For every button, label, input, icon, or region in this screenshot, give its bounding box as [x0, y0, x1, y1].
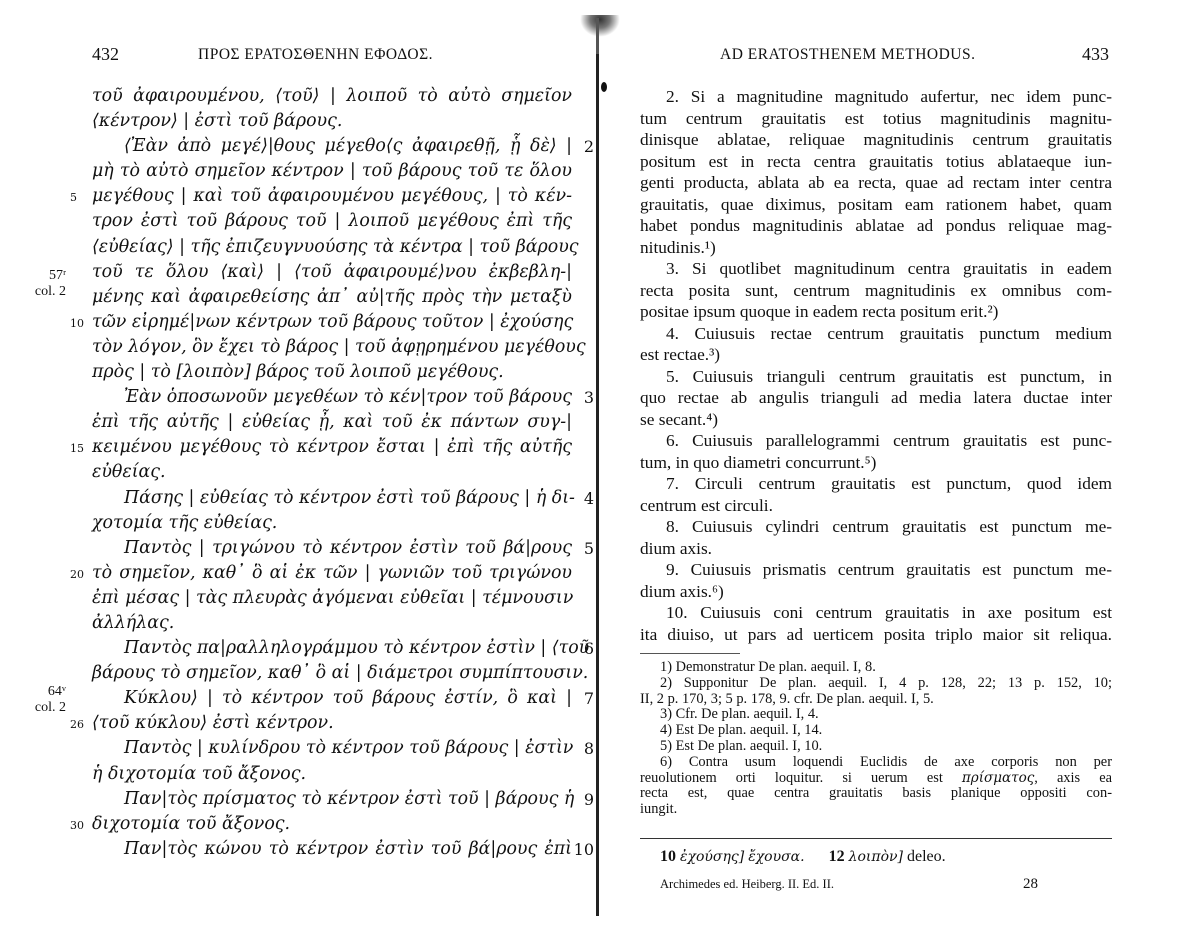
text-line: 9. Cuiusuis prismatis centrum grauitatis… — [640, 559, 1112, 581]
text-line: 7. Circuli centrum grauitatis est punctu… — [640, 473, 1112, 495]
text-line: est rectae.³) — [640, 344, 1112, 366]
text-line: Παντὸς | κυλίνδρου τὸ κέντρον τοῦ βάρους… — [92, 736, 572, 761]
text-line: 10τῶν εἰρημέ|νων κέντρων τοῦ βάρους τοῦτ… — [92, 310, 572, 335]
text-line: 6. Cuiusuis parallelogrammi centrum grau… — [640, 430, 1112, 452]
proposition-number: 10 — [574, 837, 594, 862]
proposition-number: 5 — [584, 536, 594, 561]
running-head-right: AD ERATOSTHENEM METHODUS. — [720, 46, 975, 64]
footnote: 5) Est De plan. aequil. I, 10. — [640, 739, 1112, 755]
left-page: 432 ΠΡΟΣ ΕΡΑΤΟΣΘΕΝΗΝ ΕΦΟΔΟΣ. 57ʳ col. 2 … — [0, 0, 598, 928]
text-line: 30διχοτομία τοῦ ἄξονος. — [92, 812, 572, 837]
latin-text-body: 2. Si a magnitudine magnitudo aufertur, … — [640, 86, 1112, 645]
text-line: 20τὸ σημεῖον, καθ᾽ ὃ αἱ ἐκ τῶν | γωνιῶν … — [92, 561, 572, 586]
text-line: 26⟨τοῦ κύκλου⟩ ἐστὶ κέντρον. — [92, 711, 572, 736]
text-line: 2. Si a magnitudine magnitudo aufertur, … — [640, 86, 1112, 108]
text-line: ἀλλήλας. — [92, 611, 572, 636]
apparatus-lemma: ἐχούσης] — [680, 849, 744, 865]
line-number: 5 — [70, 185, 77, 210]
apparatus-reading: deleo. — [907, 848, 946, 865]
apparatus-line-number: 10 — [660, 848, 676, 865]
footnote-continuation: II, 2 p. 170, 3; 5 p. 178, 9. cfr. De pl… — [640, 692, 1112, 708]
text-line: τρον ἐστὶ τοῦ βάρους τοῦ | λοιποῦ μεγέθο… — [92, 209, 572, 234]
text-line: τὸν λόγον, ὃν ἔχει τὸ βάρος | τοῦ ἀφῃρημ… — [92, 335, 572, 360]
text-line: Ἐὰν ὁποσωνοῦν μεγεθέων τὸ κέν|τρον τοῦ β… — [92, 385, 572, 410]
text-line: dium axis.⁶) — [640, 581, 1112, 603]
greek-word: πρίσματος — [962, 770, 1034, 786]
text-line: 10. Cuiusuis coni centrum grauitatis in … — [640, 602, 1112, 624]
text-line: ἐπὶ μέσας | τὰς πλευρὰς ἀγόμεναι εὐθεῖαι… — [92, 586, 572, 611]
margin-note-folio-57r: 57ʳ — [40, 268, 66, 284]
proposition-number: 8 — [584, 736, 594, 761]
line-number: 20 — [70, 562, 84, 587]
apparatus-lemma: λοιπὸν] — [849, 849, 903, 865]
proposition-number: 4 — [584, 486, 594, 511]
footnote: 3) Cfr. De plan. aequil. I, 4. — [640, 707, 1112, 723]
margin-note-col: col. 2 — [20, 284, 66, 300]
footnote: 6) Contra usum loquendi Euclidis de axe … — [640, 755, 1112, 771]
text-line: ita diuiso, ut pars ad uerticem posita t… — [640, 624, 1112, 646]
text-line: 4. Cuiusuis rectae centrum grauitatis pu… — [640, 323, 1112, 345]
proposition-number: 6 — [584, 636, 594, 661]
footnotes: 1) Demonstratur De plan. aequil. I, 8. 2… — [640, 660, 1112, 818]
text-line: nitudinis.¹) — [640, 237, 1112, 259]
text-line: 5μεγέθους | καὶ τοῦ ἀφαιρουμένου μεγέθου… — [92, 184, 572, 209]
footnote-continuation: reuolutionem orti loquitur. si uerum est… — [640, 771, 1112, 787]
text-line: habet pondus magnitudinis ablatae ad pon… — [640, 215, 1112, 237]
text-line: τοῦ τε ὅλου ⟨καὶ⟩ | ⟨τοῦ ἀφαιρουμέ⟩νου ἐ… — [92, 260, 572, 285]
text-line: tum, in quo diametri concurrunt.⁵) — [640, 452, 1112, 474]
proposition-number: 7 — [584, 686, 594, 711]
text-line: Παν|τὸς κώνου τὸ κέντρον ἐστὶν τοῦ βά|ρο… — [92, 837, 572, 862]
text-line: ἡ διχοτομία τοῦ ἄξονος. — [92, 762, 572, 787]
text-line: 5. Cuiusuis trianguli centrum grauitatis… — [640, 366, 1112, 388]
text-line: quo rectae ab angulis trianguli ad media… — [640, 387, 1112, 409]
line-number: 30 — [70, 813, 84, 838]
proposition-number: 9 — [584, 787, 594, 812]
text-line: Πάσης | εὐθείας τὸ κέντρον ἐστὶ τοῦ βάρο… — [92, 486, 572, 511]
text-line: Κύκλου⟩ | τὸ κέντρον τοῦ βάρους ἐστίν, ὃ… — [92, 686, 572, 711]
margin-note-col: col. 2 — [20, 700, 66, 716]
text-line: recta posita sunt, centrum magnitudinis … — [640, 280, 1112, 302]
text-line: se secant.⁴) — [640, 409, 1112, 431]
text-line: positae ipsum quoque in eadem recta posi… — [640, 301, 1112, 323]
text-line: 8. Cuiusuis cylindri centrum grauitatis … — [640, 516, 1112, 538]
printer-signature: Archimedes ed. Heiberg. II. Ed. II. — [660, 877, 834, 892]
proposition-number: 3 — [584, 385, 594, 410]
line-number: 26 — [70, 712, 84, 737]
text-line: πρὸς | τὸ [λοιπὸν] βάρος τοῦ λοιποῦ μεγέ… — [92, 360, 572, 385]
running-head-left: ΠΡΟΣ ΕΡΑΤΟΣΘΕΝΗΝ ΕΦΟΔΟΣ. — [198, 46, 433, 64]
text-line: εὐθείας. — [92, 460, 572, 485]
line-number: 10 — [70, 311, 84, 336]
footnote-rule — [640, 653, 740, 654]
book-gutter — [596, 18, 599, 916]
text-line: 3. Si quotlibet magnitudinum centra grau… — [640, 258, 1112, 280]
text-line: dinisque ablatae, reliquae magnitudinis … — [640, 129, 1112, 151]
text-line: ⟨Ἐὰν ἀπὸ μεγέ⟩|θους μέγεθο⟨ς ἀφαιρεθῇ, ᾗ… — [92, 134, 572, 159]
text-line: centrum est circuli. — [640, 495, 1112, 517]
text-line: ἐπὶ τῆς αὐτῆς | εὐθείας ᾖ, καὶ τοῦ ἐκ πά… — [92, 410, 572, 435]
text-line: ⟨εὐθείας⟩ | τῆς ἐπιζευγνυούσης τὰ κέντρα… — [92, 235, 572, 260]
footnote-continuation: iungit. — [640, 802, 1112, 818]
proposition-number: 2 — [584, 134, 594, 159]
text-line: τοῦ ἀφαιρουμένου, ⟨τοῦ⟩ | λοιποῦ τὸ αὐτὸ… — [92, 84, 572, 109]
apparatus-reading: ἔχουσα. — [748, 849, 804, 865]
text-line: Παντὸς | τριγώνου τὸ κέντρον ἐστὶν τοῦ β… — [92, 536, 572, 561]
text-line: 15κειμένου μεγέθους τὸ κέντρον ἔσται | ἐ… — [92, 435, 572, 460]
text-line: ⟨κέντρον⟩ | ἐστὶ τοῦ βάρους. — [92, 109, 572, 134]
footnote: 2) Supponitur De plan. aequil. I, 4 p. 1… — [640, 676, 1112, 692]
apparatus-line-number: 12 — [829, 848, 845, 865]
footnote-continuation: recta est, quae centra grauitatis basis … — [640, 786, 1112, 802]
text-line: grauitatis, quae diximus, positam eam ra… — [640, 194, 1112, 216]
page-number-left: 432 — [92, 44, 119, 65]
margin-note-folio-64v: 64ᵛ — [40, 684, 66, 700]
page-number-right: 433 — [1082, 44, 1109, 65]
apparatus-rule — [640, 838, 1112, 839]
text-line: Παν|τὸς πρίσματος τὸ κέντρον ἐστὶ τοῦ | … — [92, 787, 572, 812]
footnote: 1) Demonstratur De plan. aequil. I, 8. — [640, 660, 1112, 676]
text-line: positum est in recta centra grauitatis t… — [640, 151, 1112, 173]
greek-text-body: τοῦ ἀφαιρουμένου, ⟨τοῦ⟩ | λοιποῦ τὸ αὐτὸ… — [92, 84, 572, 862]
sheet-number: 28 — [1023, 876, 1038, 893]
text-line: Παντὸς πα|ραλληλογράμμου τὸ κέντρον ἐστὶ… — [92, 636, 572, 661]
critical-apparatus: 10 ἐχούσης] ἔχουσα. 12 λοιπὸν] deleo. — [660, 848, 946, 866]
footnote: 4) Est De plan. aequil. I, 14. — [640, 723, 1112, 739]
text-line: μένης καὶ ἀφαιρεθείσης ἀπ᾽ αὐ|τῆς πρὸς τ… — [92, 285, 572, 310]
text-line: tum centrum grauitatis est totius magnit… — [640, 108, 1112, 130]
text-line: dium axis. — [640, 538, 1112, 560]
text-line: χοτομία τῆς εὐθείας. — [92, 511, 572, 536]
line-number: 15 — [70, 436, 84, 461]
text-line: βάρους τὸ σημεῖον, καθ᾽ ὃ αἱ | διάμετροι… — [92, 661, 572, 686]
text-line: μὴ τὸ αὐτὸ σημεῖον κέντρον | τοῦ βάρους … — [92, 159, 572, 184]
text-line: genti producta, ablata ab ea recta, quae… — [640, 172, 1112, 194]
